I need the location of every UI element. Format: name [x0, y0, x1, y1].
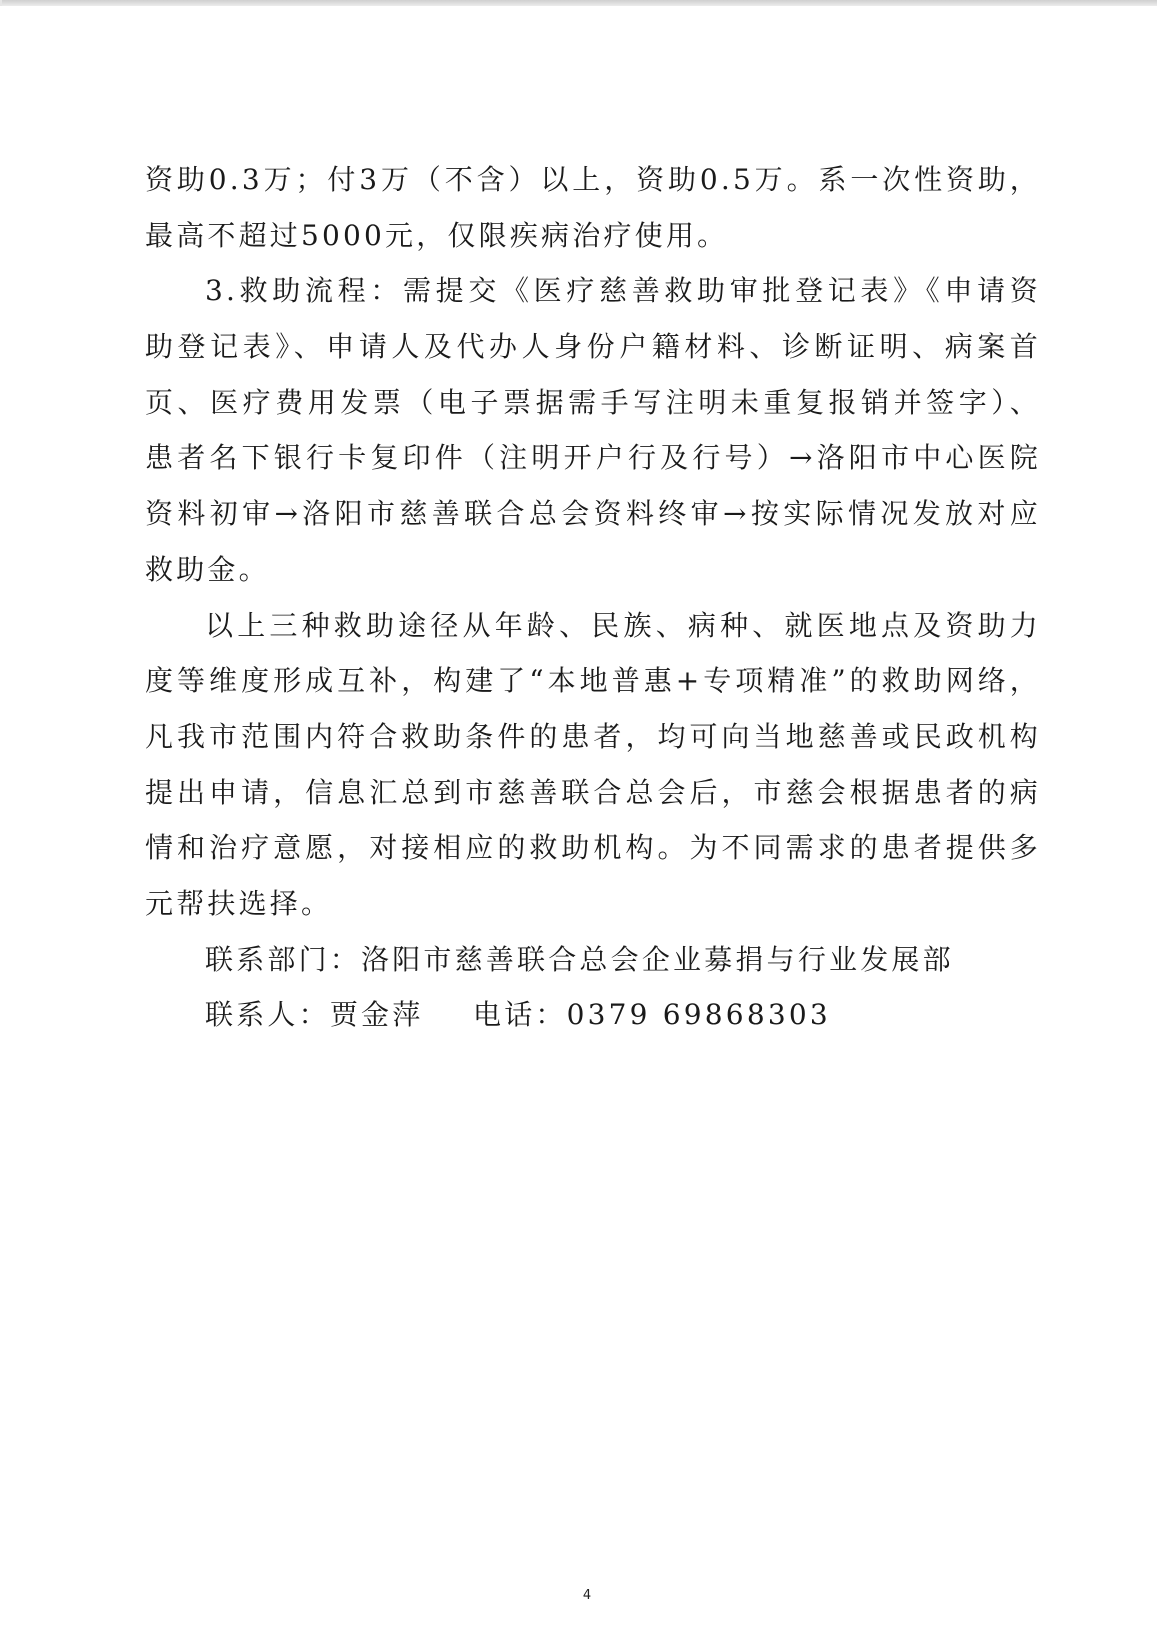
- text-line: 助登记表》、申请人及代办人身份户籍材料、诊断证明、病案首: [145, 327, 1041, 383]
- contact-phone-label: 电话：: [473, 998, 567, 1031]
- contact-person-label: 联系人：: [205, 998, 330, 1031]
- page-number: 4: [580, 1588, 594, 1603]
- text-line: 元帮扶选择。: [145, 884, 1041, 940]
- text-line: 度等维度形成互补，构建了“本地普惠+专项精准”的救助网络，: [145, 661, 1041, 717]
- text-line: 最高不超过5000元，仅限疾病治疗使用。: [145, 216, 1041, 272]
- text-line: 情和治疗意愿，对接相应的救助机构。为不同需求的患者提供多: [145, 828, 1041, 884]
- contact-department-value: 洛阳市慈善联合总会企业募捐与行业发展部: [361, 943, 954, 976]
- text-line: 救助金。: [145, 550, 1041, 606]
- contact-person-phone: 联系人：贾金萍电话：0379 69868303: [145, 995, 1041, 1051]
- contact-department: 联系部门：洛阳市慈善联合总会企业募捐与行业发展部: [145, 940, 1041, 996]
- text-line: 提出申请，信息汇总到市慈善联合总会后，市慈会根据患者的病: [145, 773, 1041, 829]
- contact-person: 联系人：贾金萍: [205, 995, 473, 1035]
- document-body: 资助0.3万；付3万（不含）以上，资助0.5万。系一次性资助， 最高不超过500…: [145, 160, 1041, 1051]
- contact-person-value: 贾金萍: [330, 998, 424, 1031]
- text-line: 以上三种救助途径从年龄、民族、病种、就医地点及资助力: [145, 606, 1041, 662]
- text-line: 凡我市范围内符合救助条件的患者，均可向当地慈善或民政机构: [145, 717, 1041, 773]
- document-page: 资助0.3万；付3万（不含）以上，资助0.5万。系一次性资助， 最高不超过500…: [0, 6, 1157, 1630]
- text-line: 3.救助流程：需提交《医疗慈善救助审批登记表》《申请资: [145, 271, 1041, 327]
- text-line: 患者名下银行卡复印件（注明开户行及行号）→洛阳市中心医院: [145, 438, 1041, 494]
- text-line: 资助0.3万；付3万（不含）以上，资助0.5万。系一次性资助，: [145, 160, 1041, 216]
- contact-department-label: 联系部门：: [205, 943, 361, 976]
- contact-phone-value: 0379 69868303: [567, 998, 831, 1031]
- text-line: 页、医疗费用发票（电子票据需手写注明未重复报销并签字）、: [145, 383, 1041, 439]
- text-line: 资料初审→洛阳市慈善联合总会资料终审→按实际情况发放对应: [145, 494, 1041, 550]
